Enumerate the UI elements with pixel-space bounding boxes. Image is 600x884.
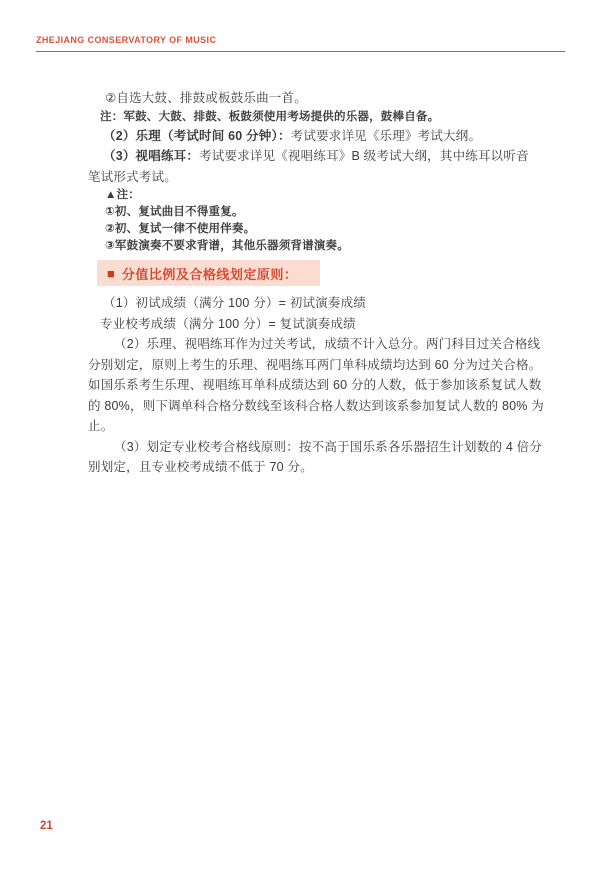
text-segment: ②自选大鼓、排鼓或板鼓乐曲一首。	[105, 91, 307, 105]
brand-title: ZHEJIANG CONSERVATORY OF MUSIC	[36, 34, 565, 46]
text-line: （2）乐理、视唱练耳作为过关考试，成绩不计入总分。两门科目过关合格线	[88, 334, 524, 355]
page: { "header": { "title": "ZHEJIANG CONSERV…	[0, 0, 600, 884]
text-segment: 如国乐系考生乐理、视唱练耳单科成绩达到 60 分的人数，低于参加该系复试人数	[88, 378, 541, 392]
text-segment: （1）初试成绩（满分 100 分）= 初试演奏成绩	[103, 296, 366, 310]
text-segment: 分别划定，原则上考生的乐理、视唱练耳两门单科成绩均达到 60 分为过关合格。	[88, 358, 541, 372]
text-line: （3）划定专业校考合格线原则：按不高于国乐系各乐器招生计划数的 4 倍分	[88, 437, 524, 458]
text-segment-bold: ③军鼓演奏不要求背谱，其他乐器须背谱演奏。	[105, 240, 349, 252]
text-line: （3）视唱练耳：考试要求详见《视唱练耳》B 级考试大纲，其中练耳以听音	[88, 146, 524, 167]
text-segment: （3）划定专业校考合格线原则：按不高于国乐系各乐器招生计划数的 4 倍分	[114, 440, 542, 454]
text-line: 的 80%，则下调单科合格分数线至该科合格人数达到该系参加复试人数的 80% 为	[88, 396, 524, 417]
text-line: ②自选大鼓、排鼓或板鼓乐曲一首。	[88, 88, 524, 109]
text-line: （2）乐理（考试时间 60 分钟）：考试要求详见《乐理》考试大纲。	[88, 126, 524, 147]
section-heading-label: 分值比例及合格线划定原则：	[122, 264, 298, 283]
text-segment: 止。	[88, 419, 113, 433]
text-segment: 考试要求详见《视唱练耳》B 级考试大纲，其中练耳以听音	[199, 149, 529, 163]
text-segment: 笔试形式考试。	[88, 170, 177, 184]
square-bullet-icon: ■	[107, 267, 115, 280]
page-header: ZHEJIANG CONSERVATORY OF MUSIC	[36, 34, 565, 52]
text-line: 如国乐系考生乐理、视唱练耳单科成绩达到 60 分的人数，低于参加该系复试人数	[88, 375, 524, 396]
text-segment-bold: （2）乐理（考试时间 60 分钟）：	[103, 129, 291, 143]
text-line: 笔试形式考试。	[88, 167, 524, 188]
text-segment: 的 80%，则下调单科合格分数线至该科合格人数达到该系参加复试人数的 80% 为	[88, 399, 544, 413]
text-line: 分别划定，原则上考生的乐理、视唱练耳两门单科成绩均达到 60 分为过关合格。	[88, 355, 524, 376]
text-segment-bold: ②初、复试一律不使用伴奏。	[105, 223, 255, 235]
text-line: ▲注：	[88, 187, 524, 204]
text-line: 专业校考成绩（满分 100 分）= 复试演奏成绩	[88, 314, 524, 335]
text-line: ③军鼓演奏不要求背谱，其他乐器须背谱演奏。	[88, 238, 524, 255]
text-line: ②初、复试一律不使用伴奏。	[88, 221, 524, 238]
text-segment: 别划定，且专业校考成绩不低于 70 分。	[88, 460, 313, 474]
text-segment-bold: （3）视唱练耳：	[103, 149, 199, 163]
text-line: 止。	[88, 416, 524, 437]
text-line: 别划定，且专业校考成绩不低于 70 分。	[88, 457, 524, 478]
text-line: ①初、复试曲目不得重复。	[88, 204, 524, 221]
page-number: 21	[40, 820, 53, 832]
section-heading: ■分值比例及合格线划定原则：	[97, 260, 320, 286]
text-line: （1）初试成绩（满分 100 分）= 初试演奏成绩	[88, 293, 524, 314]
text-segment-bold: ①初、复试曲目不得重复。	[105, 206, 244, 218]
text-segment-bold: 注：军鼓、大鼓、排鼓、板鼓须使用考场提供的乐器，鼓棒自备。	[100, 111, 439, 123]
text-segment: 考试要求详见《乐理》考试大纲。	[291, 129, 482, 143]
text-segment-bold: ▲注：	[105, 189, 140, 201]
header-rule	[36, 51, 565, 52]
text-segment: 专业校考成绩（满分 100 分）= 复试演奏成绩	[100, 317, 356, 331]
text-segment: （2）乐理、视唱练耳作为过关考试，成绩不计入总分。两门科目过关合格线	[114, 337, 540, 351]
document-body: ②自选大鼓、排鼓或板鼓乐曲一首。注：军鼓、大鼓、排鼓、板鼓须使用考场提供的乐器，…	[88, 88, 524, 478]
text-line: 注：军鼓、大鼓、排鼓、板鼓须使用考场提供的乐器，鼓棒自备。	[88, 109, 524, 126]
